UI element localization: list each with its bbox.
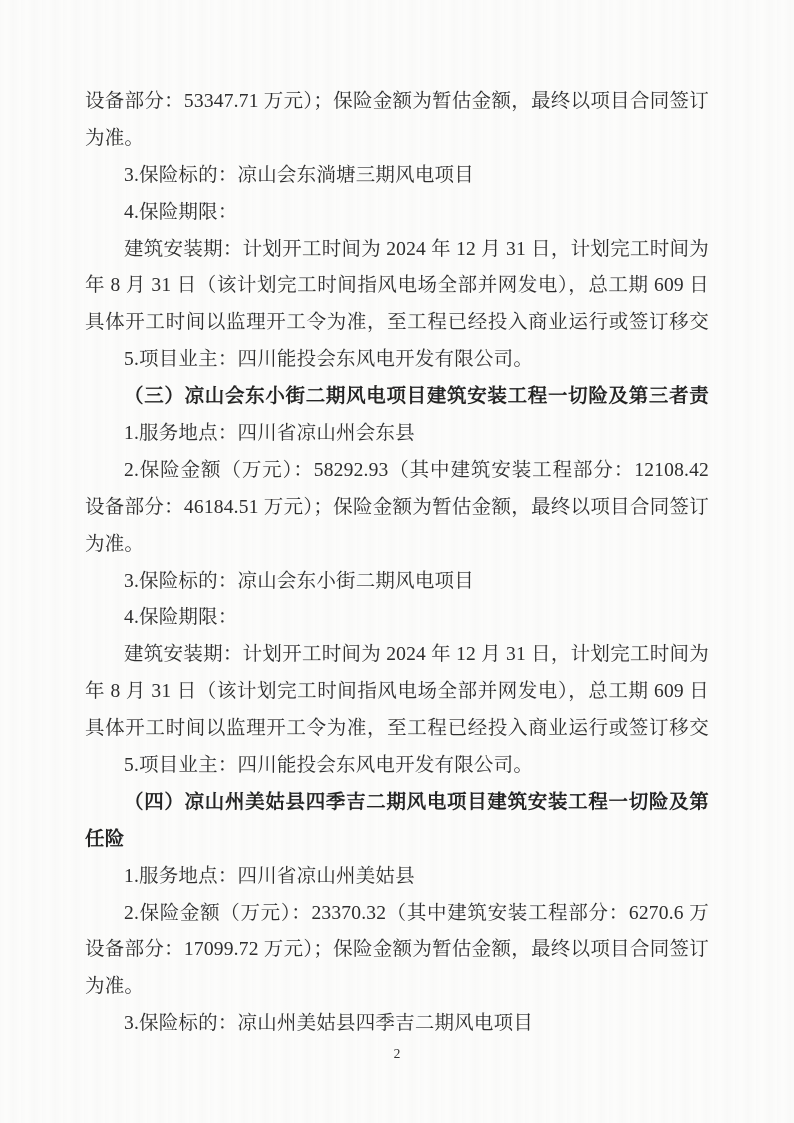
project-owner-line: 5.项目业主：四川能投会东风电开发有限公司。 (85, 748, 709, 785)
insurance-amount-line: 2.保险金额（万元）：58292.93（其中建筑安装工程部分：12108.42 … (85, 453, 709, 490)
insured-object-line: 3.保险标的：凉山州美姑县四季吉二期风电项目 (85, 1006, 709, 1043)
construction-period-line: 具体开工时间以监理开工令为准，至工程已经投入商业运行或签订移交证书。 (85, 711, 709, 748)
construction-period-line: 具体开工时间以监理开工令为准，至工程已经投入商业运行或签订移交证书。 (85, 305, 709, 342)
insurance-term-label: 4.保险期限： (85, 195, 709, 232)
body-line: 为准。 (85, 527, 709, 564)
insured-object-line: 3.保险标的：凉山会东小街二期风电项目 (85, 564, 709, 601)
service-location-line: 1.服务地点：四川省凉山州会东县 (85, 416, 709, 453)
service-location-line: 1.服务地点：四川省凉山州美姑县 (85, 859, 709, 896)
construction-period-line: 建筑安装期：计划开工时间为 2024 年 12 月 31 日，计划完工时间为 2… (85, 637, 709, 674)
page-number: 2 (0, 1046, 794, 1062)
insured-object-line: 3.保险标的：凉山会东淌塘三期风电项目 (85, 158, 709, 195)
project-owner-line: 5.项目业主：四川能投会东风电开发有限公司。 (85, 342, 709, 379)
construction-period-line: 年 8 月 31 日（该计划完工时间指风电场全部并网发电），总工期 609 日历… (85, 268, 709, 305)
insurance-amount-line: 设备部分：46184.51 万元）；保险金额为暂估金额，最终以项目合同签订金额 (85, 490, 709, 527)
body-line: 为准。 (85, 121, 709, 158)
document-page: 设备部分：53347.71 万元）；保险金额为暂估金额，最终以项目合同签订金额 … (0, 0, 794, 1123)
section-3-heading: （三）凉山会东小街二期风电项目建筑安装工程一切险及第三者责任险 (85, 379, 709, 416)
section-4-heading-line2: 任险 (85, 822, 709, 859)
body-line: 为准。 (85, 969, 709, 1006)
document-content: 设备部分：53347.71 万元）；保险金额为暂估金额，最终以项目合同签订金额 … (85, 84, 709, 1043)
construction-period-line: 年 8 月 31 日（该计划完工时间指风电场全部并网发电），总工期 609 日历… (85, 674, 709, 711)
insurance-term-label: 4.保险期限： (85, 600, 709, 637)
insurance-amount-line: 2.保险金额（万元）：23370.32（其中建筑安装工程部分：6270.6 万元… (85, 896, 709, 933)
construction-period-line: 建筑安装期：计划开工时间为 2024 年 12 月 31 日，计划完工时间为 2… (85, 232, 709, 269)
body-line-continuation: 设备部分：53347.71 万元）；保险金额为暂估金额，最终以项目合同签订金额 (85, 84, 709, 121)
insurance-amount-line: 设备部分：17099.72 万元）；保险金额为暂估金额，最终以项目合同签订金额 (85, 932, 709, 969)
section-4-heading-line1: （四）凉山州美姑县四季吉二期风电项目建筑安装工程一切险及第三者责 (85, 785, 709, 822)
